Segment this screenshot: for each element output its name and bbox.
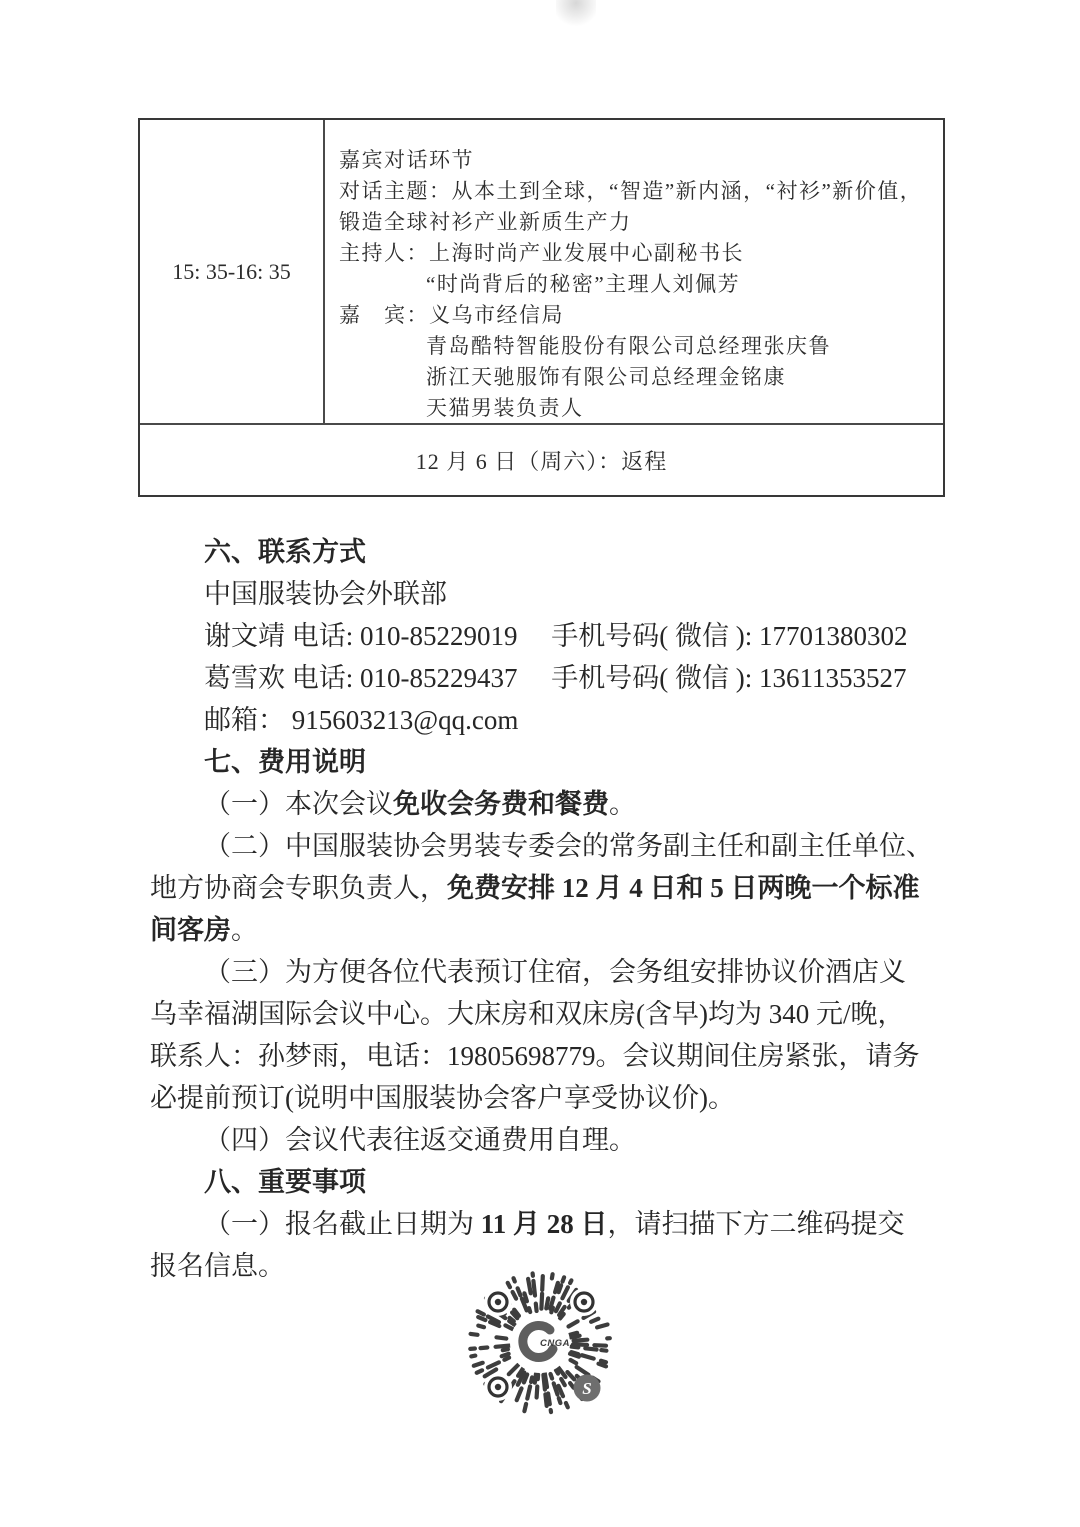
body-text: 六、联系方式中国服装协会外联部谢文靖 电话: 010-85229019 手机号码… bbox=[150, 531, 950, 1287]
table-footer-row: 12 月 6 日（周六）：返程 bbox=[140, 425, 943, 495]
fees-item-3-cont2: 联系人：孙梦雨，电话：19805698779。会议期间住房紧张，请务 bbox=[150, 1035, 950, 1077]
contact-email: 邮箱： 915603213@qq.com bbox=[150, 699, 950, 741]
agenda-line: 青岛酷特智能股份有限公司总经理张庆鲁 bbox=[339, 331, 935, 362]
time-cell: 15: 35-16: 35 bbox=[140, 120, 325, 423]
qr-code: CNGAS bbox=[455, 1258, 625, 1428]
schedule-row-guest-dialogue: 15: 35-16: 35 嘉宾对话环节对话主题：从本土到全球，“智造”新内涵，… bbox=[140, 120, 943, 425]
agenda-line: 嘉 宾：义乌市经信局 bbox=[339, 300, 935, 331]
heading-important: 八、重要事项 bbox=[150, 1161, 950, 1203]
fees-item-4: （四）会议代表往返交通费用自理。 bbox=[150, 1119, 950, 1161]
agenda-line: 锻造全球衬衫产业新质生产力 bbox=[339, 207, 935, 238]
heading-fees: 七、费用说明 bbox=[150, 741, 950, 783]
svg-text:CNGA: CNGA bbox=[540, 1338, 570, 1349]
agenda-line: “时尚背后的秘密”主理人刘佩芳 bbox=[339, 269, 935, 300]
fees-item-2-cont: 地方协商会专职负责人，免费安排 12 月 4 日和 5 日两晚一个标准 bbox=[150, 867, 950, 909]
document-page: 15: 35-16: 35 嘉宾对话环节对话主题：从本土到全球，“智造”新内涵，… bbox=[0, 0, 1080, 1527]
schedule-table: 15: 35-16: 35 嘉宾对话环节对话主题：从本土到全球，“智造”新内涵，… bbox=[138, 118, 945, 497]
heading-contact: 六、联系方式 bbox=[150, 531, 950, 573]
fees-item-3: （三）为方便各位代表预订住宿，会务组安排协议价酒店义 bbox=[150, 951, 950, 993]
svg-text:S: S bbox=[582, 1379, 591, 1398]
contact-person-2: 葛雪欢 电话: 010-85229437 手机号码( 微信 ): 1361135… bbox=[150, 657, 950, 699]
page-edge-artifact bbox=[556, 0, 596, 30]
fees-item-3-cont3: 必提前预订(说明中国服装协会客户享受协议价)。 bbox=[150, 1077, 950, 1119]
fees-item-1: （一）本次会议免收会务费和餐费。 bbox=[150, 783, 950, 825]
agenda-cell: 嘉宾对话环节对话主题：从本土到全球，“智造”新内涵，“衬衫”新价值，锻造全球衬衫… bbox=[325, 120, 943, 423]
fees-item-2: （二）中国服装协会男装专委会的常务副主任和副主任单位、 bbox=[150, 825, 950, 867]
fees-item-2-cont2: 间客房。 bbox=[150, 909, 950, 951]
fees-item-3-cont: 乌幸福湖国际会议中心。大床房和双床房(含早)均为 340 元/晚， bbox=[150, 993, 950, 1035]
agenda-line: 浙江天驰服饰有限公司总经理金铭康 bbox=[339, 362, 935, 393]
contact-dept: 中国服装协会外联部 bbox=[150, 573, 950, 615]
agenda-line: 嘉宾对话环节 bbox=[339, 145, 935, 176]
agenda-line: 天猫男装负责人 bbox=[339, 393, 935, 423]
qr-svg: CNGAS bbox=[455, 1258, 625, 1428]
agenda-lines: 嘉宾对话环节对话主题：从本土到全球，“智造”新内涵，“衬衫”新价值，锻造全球衬衫… bbox=[339, 145, 935, 423]
important-item-1: （一）报名截止日期为 11 月 28 日，请扫描下方二维码提交 bbox=[150, 1203, 950, 1245]
contact-person-1: 谢文靖 电话: 010-85229019 手机号码( 微信 ): 1770138… bbox=[150, 615, 950, 657]
agenda-line: 对话主题：从本土到全球，“智造”新内涵，“衬衫”新价值， bbox=[339, 176, 935, 207]
agenda-line: 主持人：上海时尚产业发展中心副秘书长 bbox=[339, 238, 935, 269]
